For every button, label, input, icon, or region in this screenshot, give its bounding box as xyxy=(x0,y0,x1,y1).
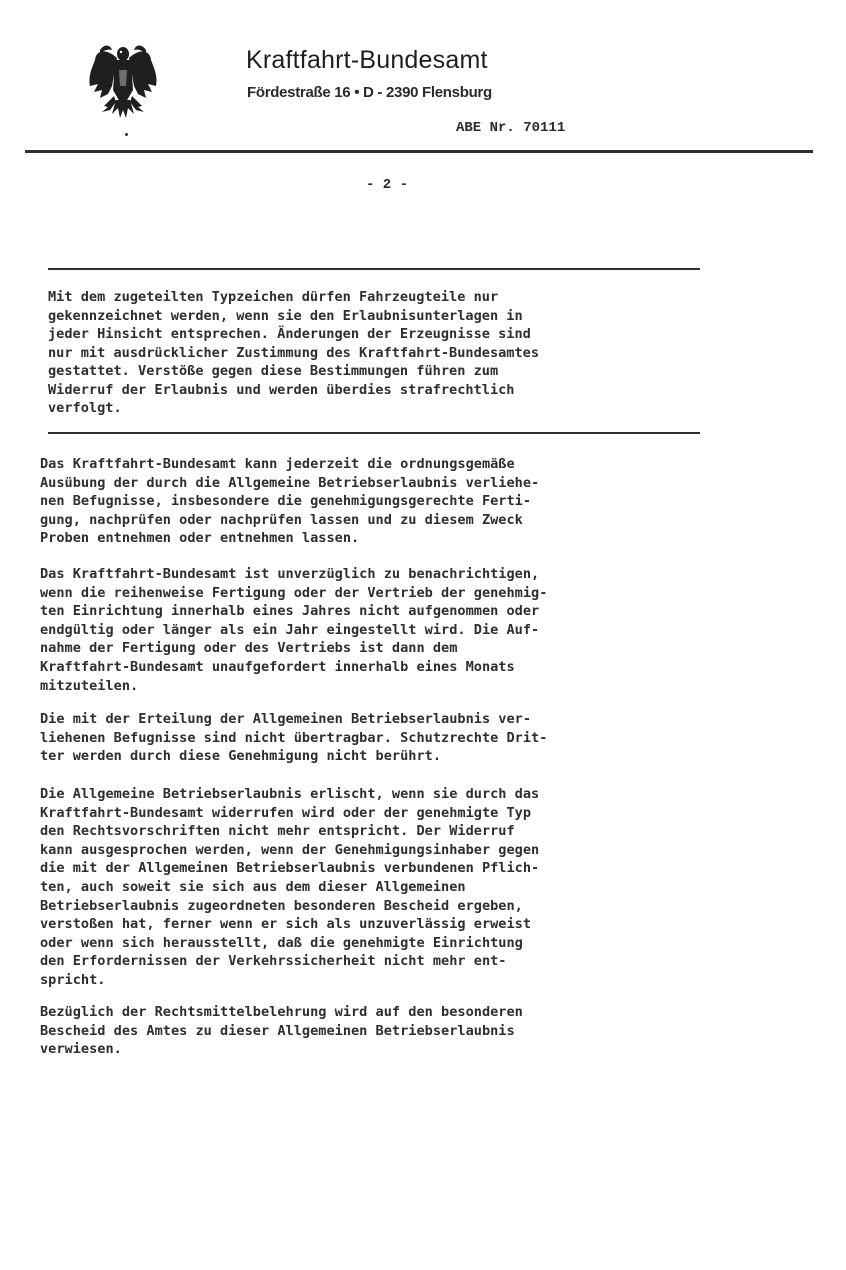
organization-address: Fördestraße 16 • D - 2390 Flensburg xyxy=(247,84,492,101)
header-divider xyxy=(25,150,813,153)
paragraph-expiry: Die Allgemeine Betriebserlaubnis erlisch… xyxy=(40,785,720,990)
notice-text: Mit dem zugeteilten Typzeichen dürfen Fa… xyxy=(48,288,708,418)
paragraph-transferability: Die mit der Erteilung der Allgemeinen Be… xyxy=(40,710,720,766)
organization-name: Kraftfahrt-Bundesamt xyxy=(246,46,488,75)
paragraph-legal-remedy: Bezüglich der Rechtsmittelbelehrung wird… xyxy=(40,1003,720,1059)
paragraph-notification: Das Kraftfahrt-Bundesamt ist unverzüglic… xyxy=(40,565,720,695)
paragraph-inspection: Das Kraftfahrt-Bundesamt kann jederzeit … xyxy=(40,455,720,548)
federal-eagle-icon xyxy=(86,40,160,126)
page-number: - 2 - xyxy=(366,177,408,193)
reference-number: ABE Nr. 70111 xyxy=(456,120,565,136)
notice-top-divider xyxy=(48,268,700,270)
stray-mark xyxy=(125,133,128,136)
notice-bottom-divider xyxy=(48,432,700,434)
